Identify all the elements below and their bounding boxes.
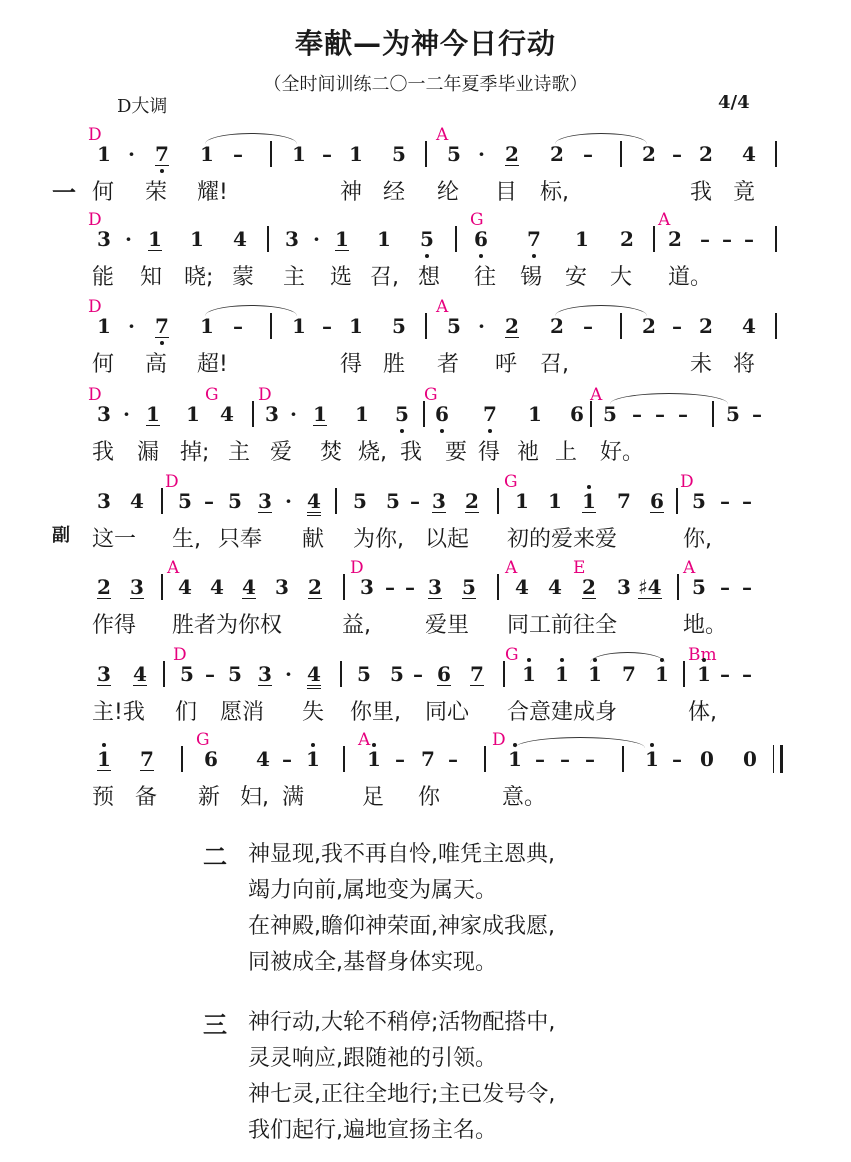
barline [455, 226, 457, 252]
verse-line: 灵灵响应,跟随祂的引领。 [248, 1041, 497, 1072]
note: 1 [186, 403, 200, 425]
chord-label: G [505, 645, 519, 665]
final-barline [773, 745, 783, 773]
lyric: 益, [342, 608, 371, 639]
lyric: 召, [370, 260, 399, 291]
note: 1 [335, 228, 349, 251]
lyric: 往 [474, 260, 496, 291]
note: 3 [617, 576, 631, 598]
dot: · [290, 403, 297, 425]
lyric: 者 [437, 347, 459, 378]
dash: – [655, 403, 665, 425]
note: 7 [470, 663, 484, 686]
note: 7 [155, 143, 169, 166]
barline [683, 661, 685, 687]
note: 7 [527, 228, 541, 250]
note: 4 [548, 576, 562, 598]
lyric: 我 [92, 435, 114, 466]
lyric: 合意建成身 [507, 695, 617, 726]
lyric: 地。 [683, 608, 727, 639]
dash: – [583, 143, 593, 165]
lyric: 上 [555, 435, 577, 466]
lyric: 主!我 [92, 695, 145, 726]
note: 4 [220, 403, 234, 425]
lyric: 道。 [668, 260, 712, 291]
note: 4 [130, 490, 144, 512]
note: 4 [307, 663, 321, 689]
note: 5 [447, 315, 461, 337]
dot: · [285, 663, 292, 685]
dash: – [233, 143, 243, 165]
lyric: 足 [362, 780, 384, 811]
dash: – [678, 403, 688, 425]
note: 1 [313, 403, 327, 426]
note: 1 [148, 228, 162, 251]
barline [425, 141, 427, 167]
chord-label: G [205, 385, 219, 405]
lyric: 选 [330, 260, 352, 291]
lyric: 安 [565, 260, 587, 291]
tie-slur [205, 133, 297, 144]
dash: – [322, 315, 332, 337]
barline [775, 313, 777, 339]
note: 5 [447, 143, 461, 165]
note: 3 [275, 576, 289, 598]
note: 1 [522, 663, 536, 685]
note: 1 [645, 748, 659, 770]
dash: – [720, 663, 730, 685]
lyric: 主 [283, 260, 305, 291]
dash: – [413, 663, 423, 685]
tie-slur [610, 393, 728, 404]
chorus-marker: 副 [46, 525, 72, 543]
score-line-3: D A 1 · 7 1 – 1 – 1 5 5 · 2 2 – 2 – 2 4 … [0, 297, 851, 387]
barline [270, 141, 272, 167]
lyric: 神 [340, 175, 362, 206]
chord-label: A [590, 385, 602, 405]
note: 0 [700, 748, 714, 770]
note: 1 [306, 748, 320, 770]
barline [343, 746, 345, 772]
barline [252, 401, 254, 427]
lyric: 耀! [197, 175, 228, 206]
lyric: 同工前往全 [507, 608, 617, 639]
note: 3 [97, 663, 111, 686]
note: 2 [582, 576, 596, 599]
note: 5 [228, 490, 242, 512]
verse-line: 同被成全,基督身体实现。 [248, 945, 497, 976]
song-title: 奉献—为神今日行动 [0, 22, 851, 62]
dot: · [285, 490, 292, 512]
note: 1 [582, 490, 596, 513]
dot: · [125, 228, 132, 250]
note: 7 [617, 490, 631, 512]
barline [712, 401, 714, 427]
lyric: 要 [445, 435, 467, 466]
note: 1 [355, 403, 369, 425]
note: ♯4 [638, 576, 662, 599]
verse-3: 三 神行动,大轮不稍停;活物配搭中, 灵灵响应,跟随祂的引领。 神七灵,正往全地… [203, 1005, 703, 1155]
dot: · [478, 315, 485, 337]
lyric: 想 [418, 260, 440, 291]
note: 2 [699, 143, 713, 165]
note: 1 [146, 403, 160, 426]
note: 4 [742, 143, 756, 165]
lyric: 你 [418, 780, 440, 811]
note: 1 [349, 315, 363, 337]
dash: – [205, 663, 215, 685]
barline [181, 746, 183, 772]
lyric: 们 [175, 695, 197, 726]
lyric: 爱里 [425, 608, 469, 639]
note: 2 [550, 143, 564, 165]
dot: · [478, 143, 485, 165]
note: 5 [390, 663, 404, 685]
verse-line: 竭力向前,属地变为属天。 [248, 873, 497, 904]
note: 3 [428, 576, 442, 599]
key-signature: D大调 [117, 92, 167, 118]
lyric: 以起 [425, 522, 469, 553]
lyric: 作得 [92, 608, 136, 639]
lyric: 得 [478, 435, 500, 466]
note: 5 [357, 663, 371, 685]
dash: – [204, 490, 214, 512]
note: 4 [307, 490, 321, 516]
lyric: 备 [135, 780, 157, 811]
note: 5 [726, 403, 740, 425]
barline [270, 313, 272, 339]
note: 1 [555, 663, 569, 685]
note: 3 [258, 663, 272, 686]
lyric: 体, [688, 695, 717, 726]
barline [497, 488, 499, 514]
barline [163, 661, 165, 687]
lyric: 漏 [137, 435, 159, 466]
verse-line: 神七灵,正往全地行;主已发号令, [248, 1077, 555, 1108]
note: 1 [200, 143, 214, 165]
dash: – [742, 490, 752, 512]
note: 1 [367, 748, 381, 770]
dash: – [282, 748, 292, 770]
dash: – [405, 576, 415, 598]
note: 1 [697, 663, 711, 685]
note: 1 [190, 228, 204, 250]
barline [653, 226, 655, 252]
barline [335, 488, 337, 514]
note: 1 [528, 403, 542, 425]
note: 4 [133, 663, 147, 686]
note: 4 [210, 576, 224, 598]
barline [503, 661, 505, 687]
note: 5 [392, 143, 406, 165]
note: 0 [743, 748, 757, 770]
note: 3 [265, 403, 279, 425]
lyric: 我 [690, 175, 712, 206]
note: 2 [505, 143, 519, 166]
note: 3 [97, 490, 111, 512]
tie-slur [555, 305, 647, 316]
note: 2 [668, 228, 682, 250]
note: 5 [692, 490, 706, 512]
barline [590, 401, 592, 427]
barline [484, 746, 486, 772]
note: 5 [178, 490, 192, 512]
note: 6 [204, 748, 218, 770]
note: 1 [548, 490, 562, 512]
score-line-8: G A D 1 7 6 4 – 1 1 – 7 – 1 – – – 1 – 0 … [0, 730, 851, 820]
note: 5 [692, 576, 706, 598]
dash: – [322, 143, 332, 165]
note: 2 [465, 490, 479, 513]
dash: – [742, 576, 752, 598]
lyric: 召, [540, 347, 569, 378]
verse-2: 二 神显现,我不再自怜,唯凭主恩典, 竭力向前,属地变为属天。 在神殿,瞻仰神荣… [203, 837, 703, 987]
score-line-5: D G D 3 4 5 – 5 3 · 4 5 5 – 3 2 1 1 1 7 … [0, 472, 851, 562]
lyric: 意。 [502, 780, 546, 811]
lyric: 呼 [495, 347, 517, 378]
dot: · [128, 143, 135, 165]
dash: – [742, 663, 752, 685]
note: 6 [474, 228, 488, 250]
note: 1 [97, 143, 111, 165]
dash: – [672, 315, 682, 337]
dash: – [395, 748, 405, 770]
note: 1 [97, 315, 111, 337]
score-line-6: A D A E A 2 3 4 4 4 3 2 3 – – 3 5 4 4 2 … [0, 558, 851, 648]
note: 5 [395, 403, 409, 425]
lyric: 妇, [240, 780, 269, 811]
lyric: 新 [198, 780, 220, 811]
barline [676, 488, 678, 514]
verse-line: 神显现,我不再自怜,唯凭主恩典, [248, 837, 555, 868]
dash: – [672, 748, 682, 770]
lyric: 献 [302, 522, 324, 553]
dash: – [720, 576, 730, 598]
tie-slur [555, 133, 647, 144]
lyric: 目 [495, 175, 517, 206]
note: 4 [256, 748, 270, 770]
lyric: 胜者为你权 [172, 608, 282, 639]
barline [620, 141, 622, 167]
barline [425, 313, 427, 339]
note: 2 [642, 143, 656, 165]
lyric: 祂 [517, 435, 539, 466]
note: 4 [515, 576, 529, 598]
verse-number-1: 一 [52, 173, 76, 208]
dash: – [700, 228, 710, 250]
dash: – [410, 490, 420, 512]
tie-slur [205, 305, 297, 316]
lyric: 焚 [320, 435, 342, 466]
note: 5 [603, 403, 617, 425]
note: 6 [650, 490, 664, 513]
note: 1 [515, 490, 529, 512]
verse-line: 我们起行,遍地宣扬主名。 [248, 1113, 497, 1144]
lyric: 我 [400, 435, 422, 466]
lyric: 将 [733, 347, 755, 378]
lyric: 失 [302, 695, 324, 726]
lyric: 能 [92, 260, 114, 291]
barline [775, 226, 777, 252]
lyric: 掉; [180, 435, 209, 466]
note: 2 [620, 228, 634, 250]
note: 2 [97, 576, 111, 599]
verse-line: 神行动,大轮不稍停;活物配搭中, [248, 1005, 555, 1036]
barline [677, 574, 679, 600]
note: 5 [353, 490, 367, 512]
lyric: 你里, [350, 695, 401, 726]
time-signature: 4/4 [718, 92, 750, 113]
lyric: 蒙 [232, 260, 254, 291]
note: 1 [349, 143, 363, 165]
note: 7 [483, 403, 497, 425]
note: 1 [575, 228, 589, 250]
lyric: 满 [282, 780, 304, 811]
barline [622, 746, 624, 772]
lyric: 未 [690, 347, 712, 378]
note: 4 [742, 315, 756, 337]
lyric: 你, [683, 522, 712, 553]
note: 2 [505, 315, 519, 338]
lyric: 预 [92, 780, 114, 811]
barline [267, 226, 269, 252]
lyric: 大 [610, 260, 632, 291]
lyric: 好。 [600, 435, 644, 466]
note: 2 [642, 315, 656, 337]
note: 5 [180, 663, 194, 685]
lyric: 烧, [358, 435, 387, 466]
note: 7 [622, 663, 636, 685]
note: 1 [508, 748, 522, 770]
note: 3 [285, 228, 299, 250]
verse-number: 三 [203, 1005, 227, 1040]
dash: – [752, 403, 762, 425]
lyric: 超! [197, 347, 228, 378]
note: 6 [570, 403, 584, 425]
note: 5 [462, 576, 476, 599]
note: 3 [130, 576, 144, 599]
verse-line: 在神殿,瞻仰神荣面,神家成我愿, [248, 909, 555, 940]
dash: – [720, 490, 730, 512]
lyric: 爱 [270, 435, 292, 466]
note: 7 [155, 315, 169, 338]
lyric: 竟 [733, 175, 755, 206]
chord-label: D [492, 730, 506, 750]
dot: · [123, 403, 130, 425]
lyric: 为你, [353, 522, 404, 553]
lyric: 愿消 [220, 695, 264, 726]
note: 5 [392, 315, 406, 337]
note: 1 [292, 315, 306, 337]
dot: · [313, 228, 320, 250]
dash: – [535, 748, 545, 770]
note: 5 [420, 228, 434, 250]
dash: – [744, 228, 754, 250]
score-line-7: D G Bm 3 4 5 – 5 3 · 4 5 5 – 6 7 1 1 1 7… [0, 645, 851, 735]
verse-number: 二 [203, 837, 227, 872]
note: 7 [421, 748, 435, 770]
lyric: 高 [145, 347, 167, 378]
barline [775, 141, 777, 167]
note: 1 [588, 663, 602, 685]
score-line-1: D A 1 · 7 1 – 1 – 1 5 5 · 2 2 – 2 – 2 4 … [0, 125, 851, 215]
lyric: 锡 [520, 260, 542, 291]
lyric: 只奉 [218, 522, 262, 553]
note: 4 [178, 576, 192, 598]
lyric: 经 [383, 175, 405, 206]
note: 6 [435, 403, 449, 425]
dash: – [583, 315, 593, 337]
lyric: 荣 [145, 175, 167, 206]
note: 1 [200, 315, 214, 337]
note: 4 [242, 576, 256, 599]
barline [161, 488, 163, 514]
lyric: 何 [92, 175, 114, 206]
note: 3 [432, 490, 446, 513]
dash: – [672, 143, 682, 165]
score-line-2: D G A 3 · 1 1 4 3 · 1 1 5 6 7 1 2 2 – – … [0, 210, 851, 300]
note: 1 [377, 228, 391, 250]
lyric: 初的爱来爱 [507, 522, 617, 553]
lyric: 这一 [92, 522, 136, 553]
barline [161, 574, 163, 600]
note: 3 [258, 490, 272, 513]
note: 6 [437, 663, 451, 686]
note: 1 [292, 143, 306, 165]
note: 2 [550, 315, 564, 337]
lyric: 晓; [184, 260, 213, 291]
score-line-4: D G D G A 3 · 1 1 4 3 · 1 1 5 6 7 1 6 5 … [0, 385, 851, 475]
lyric: 生, [172, 522, 201, 553]
note: 7 [140, 748, 154, 771]
note: 4 [233, 228, 247, 250]
dash: – [585, 748, 595, 770]
lyric: 主 [228, 435, 250, 466]
lyric: 知 [140, 260, 162, 291]
dot: · [128, 315, 135, 337]
note: 3 [97, 228, 111, 250]
dash: – [385, 576, 395, 598]
note: 2 [699, 315, 713, 337]
note: 2 [308, 576, 322, 599]
barline [497, 574, 499, 600]
dash: – [722, 228, 732, 250]
dash: – [448, 748, 458, 770]
lyric: 何 [92, 347, 114, 378]
barline [343, 574, 345, 600]
note: 1 [655, 663, 669, 685]
note: 3 [97, 403, 111, 425]
lyric: 标, [540, 175, 569, 206]
lyric: 纶 [437, 175, 459, 206]
dash: – [233, 315, 243, 337]
dash: – [632, 403, 642, 425]
lyric: 胜 [383, 347, 405, 378]
lyric: 同心 [425, 695, 469, 726]
note: 5 [228, 663, 242, 685]
dash: – [560, 748, 570, 770]
note: 3 [360, 576, 374, 598]
barline [340, 661, 342, 687]
barline [620, 313, 622, 339]
barline [423, 401, 425, 427]
note: 5 [386, 490, 400, 512]
lyric: 得 [340, 347, 362, 378]
chord-label: D [165, 472, 179, 492]
note: 1 [97, 748, 111, 771]
